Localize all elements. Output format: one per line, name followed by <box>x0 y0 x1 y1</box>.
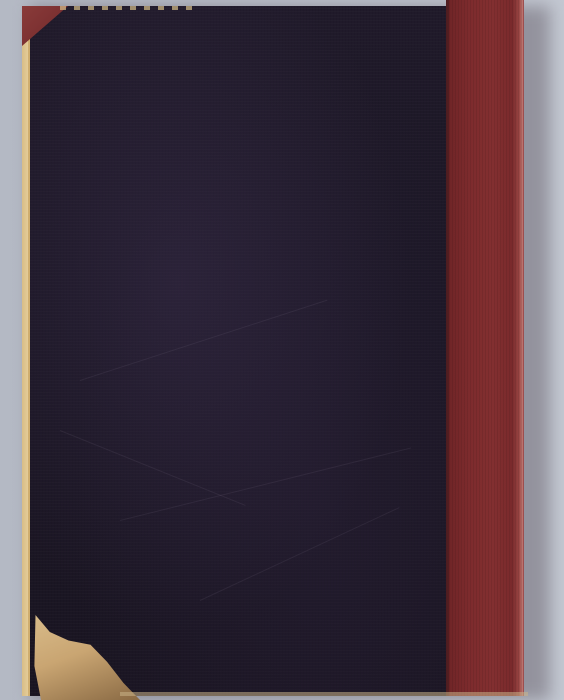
spine-fold-line <box>446 0 449 696</box>
leather-spine <box>446 0 524 696</box>
book-back-cover <box>28 6 450 696</box>
worn-top-edge <box>60 6 200 10</box>
bottom-page-edge <box>120 692 528 696</box>
photo-scene <box>0 0 564 700</box>
